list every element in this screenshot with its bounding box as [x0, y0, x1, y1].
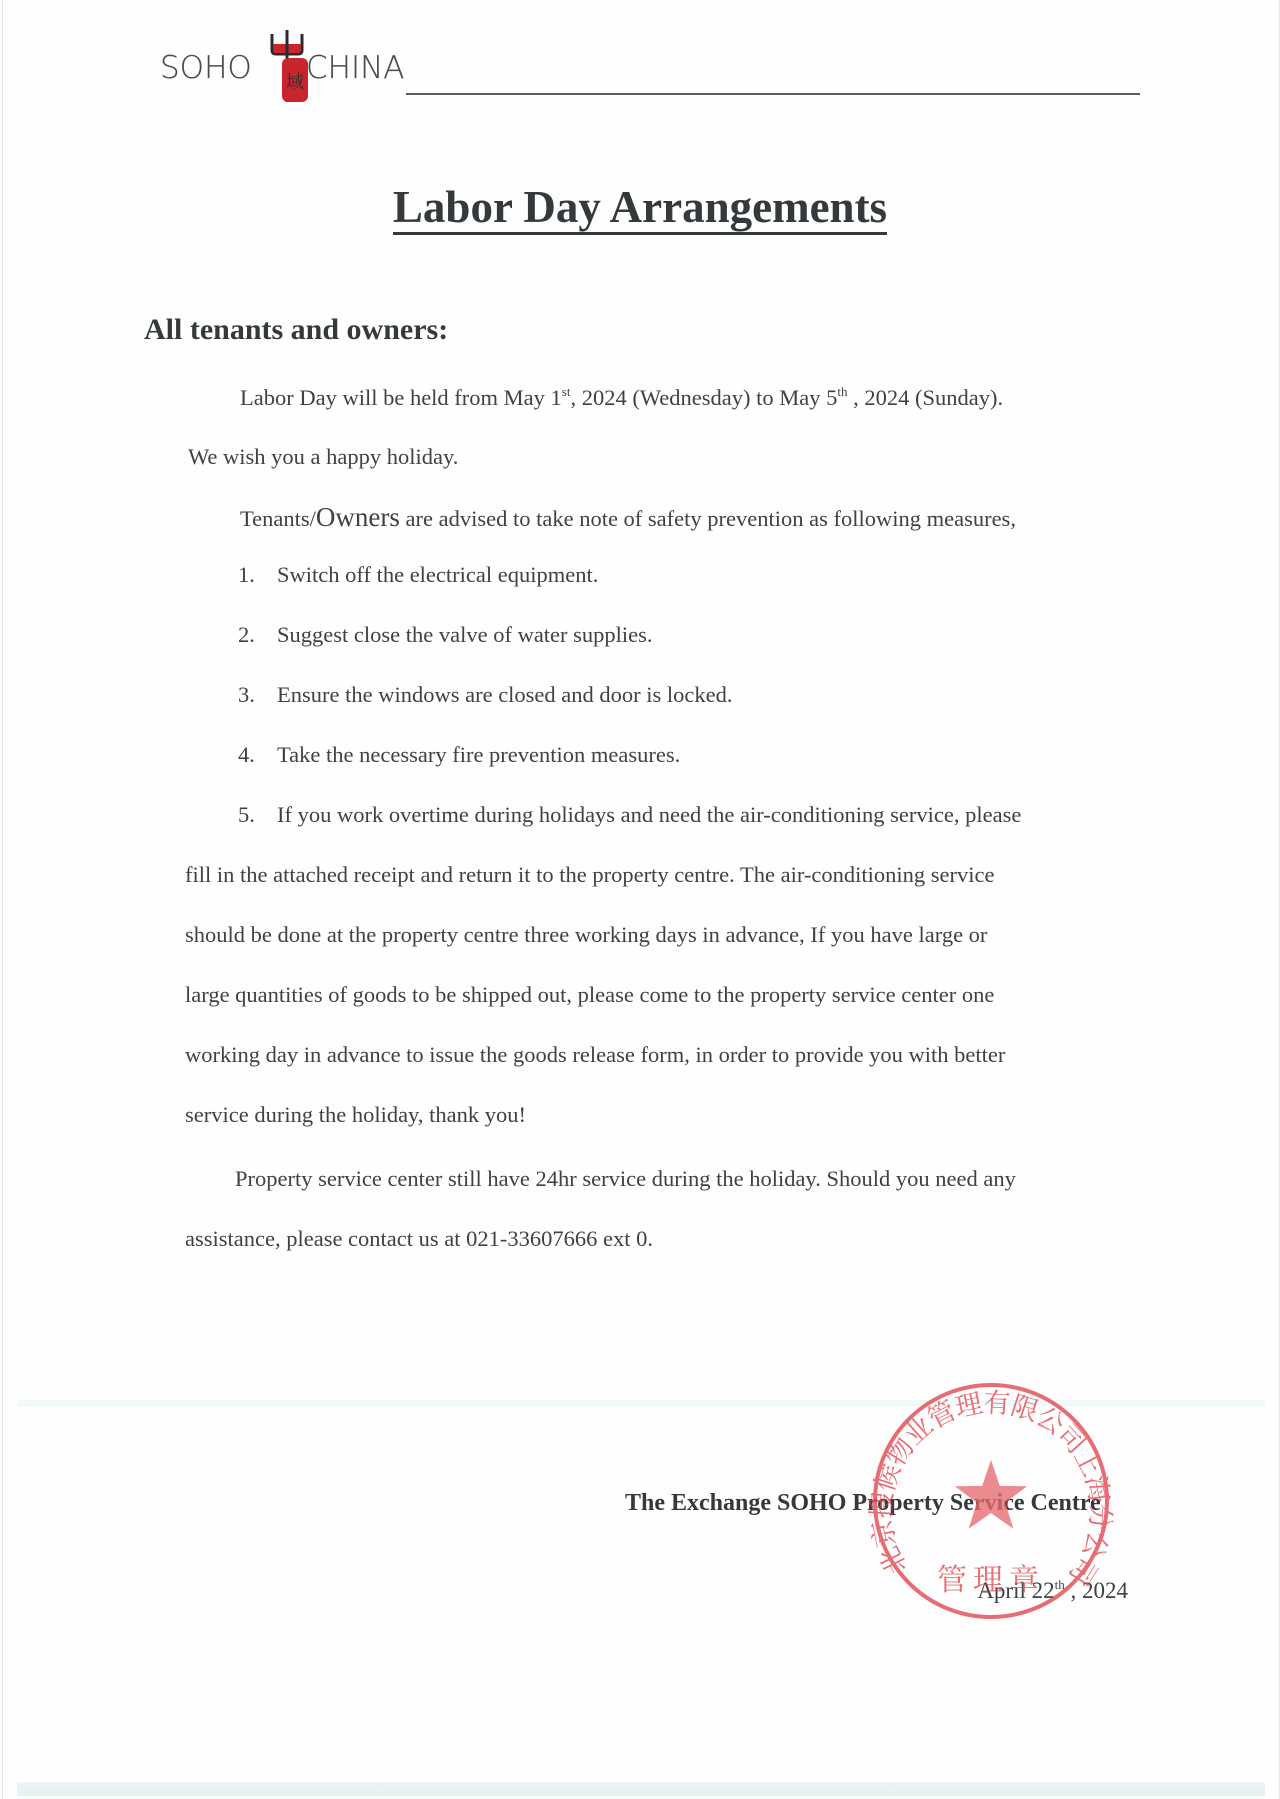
date-text: April 22 — [977, 1578, 1054, 1603]
paragraph-line: assistance, please contact us at 021-336… — [185, 1226, 653, 1252]
svg-text:域: 域 — [286, 72, 304, 93]
advice-line: Tenants/Owners are advised to take note … — [240, 502, 1016, 533]
date-text: , 2024 — [1065, 1578, 1128, 1603]
title-text: Labor Day Arrangements — [393, 182, 887, 235]
intro-line-1: Labor Day will be held from May 1st, 202… — [240, 385, 1003, 411]
measure-item: Suggest close the valve of water supplie… — [277, 622, 653, 648]
measure-number: 3. — [238, 682, 255, 708]
advice-suffix: are advised to take note of safety preve… — [400, 506, 1016, 531]
document-page — [2, 0, 1280, 1799]
measure-number: 5. — [238, 802, 255, 828]
intro-text: , 2024 (Sunday). — [847, 385, 1003, 410]
logo-text-china: CHINA — [306, 50, 405, 86]
measure-number: 2. — [238, 622, 255, 648]
measure-item: If you work overtime during holidays and… — [277, 802, 1021, 828]
ordinal-suffix: th — [837, 384, 847, 399]
paragraph-line: working day in advance to issue the good… — [185, 1042, 1005, 1068]
intro-line-2: We wish you a happy holiday. — [188, 444, 458, 470]
measure-number: 1. — [238, 562, 255, 588]
logo-seal-icon: 域 — [264, 28, 310, 106]
scan-artifact-band — [17, 1782, 1265, 1796]
measure-item: Switch off the electrical equipment. — [277, 562, 598, 588]
logo-text-soho: SOHO — [160, 50, 252, 86]
signature-organization: The Exchange SOHO Property Service Centr… — [625, 1490, 1101, 1517]
ordinal-suffix: th — [1055, 1577, 1065, 1592]
paragraph-line: Property service center still have 24hr … — [235, 1166, 1016, 1192]
advice-owners: Owners — [316, 502, 400, 532]
advice-prefix: Tenants/ — [240, 506, 316, 531]
soho-china-logo: SOHO 域 CHINA — [160, 28, 400, 106]
paragraph-line: fill in the attached receipt and return … — [185, 862, 994, 888]
header-divider — [406, 93, 1140, 95]
intro-text: , 2024 (Wednesday) to May 5 — [570, 385, 837, 410]
paragraph-line: should be done at the property centre th… — [185, 922, 987, 948]
measure-item: Ensure the windows are closed and door i… — [277, 682, 733, 708]
measure-item: Take the necessary fire prevention measu… — [277, 742, 680, 768]
intro-text: Labor Day will be held from May 1 — [240, 385, 562, 410]
scan-artifact-band — [17, 1400, 1265, 1406]
signature-date: April 22th , 2024 — [977, 1578, 1128, 1604]
salutation: All tenants and owners: — [144, 313, 448, 347]
page-title: Labor Day Arrangements — [0, 180, 1280, 234]
paragraph-line: large quantities of goods to be shipped … — [185, 982, 994, 1008]
measure-number: 4. — [238, 742, 255, 768]
paragraph-line: service during the holiday, thank you! — [185, 1102, 526, 1128]
